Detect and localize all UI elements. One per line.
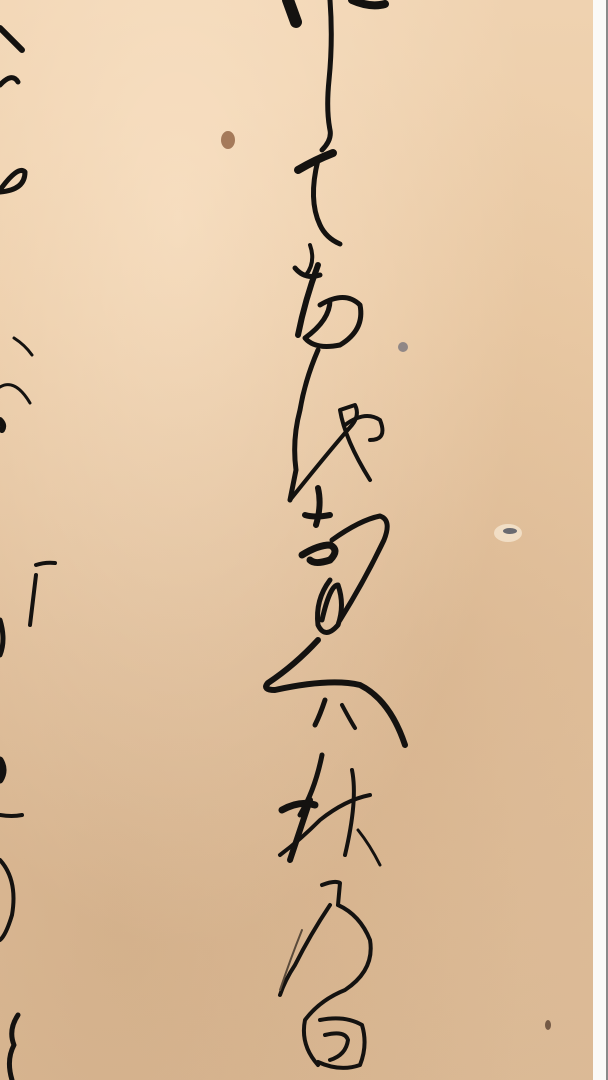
calligraphy-ink (0, 0, 608, 1080)
stroke-top-blob (288, 0, 296, 22)
blemishes (221, 131, 551, 1030)
